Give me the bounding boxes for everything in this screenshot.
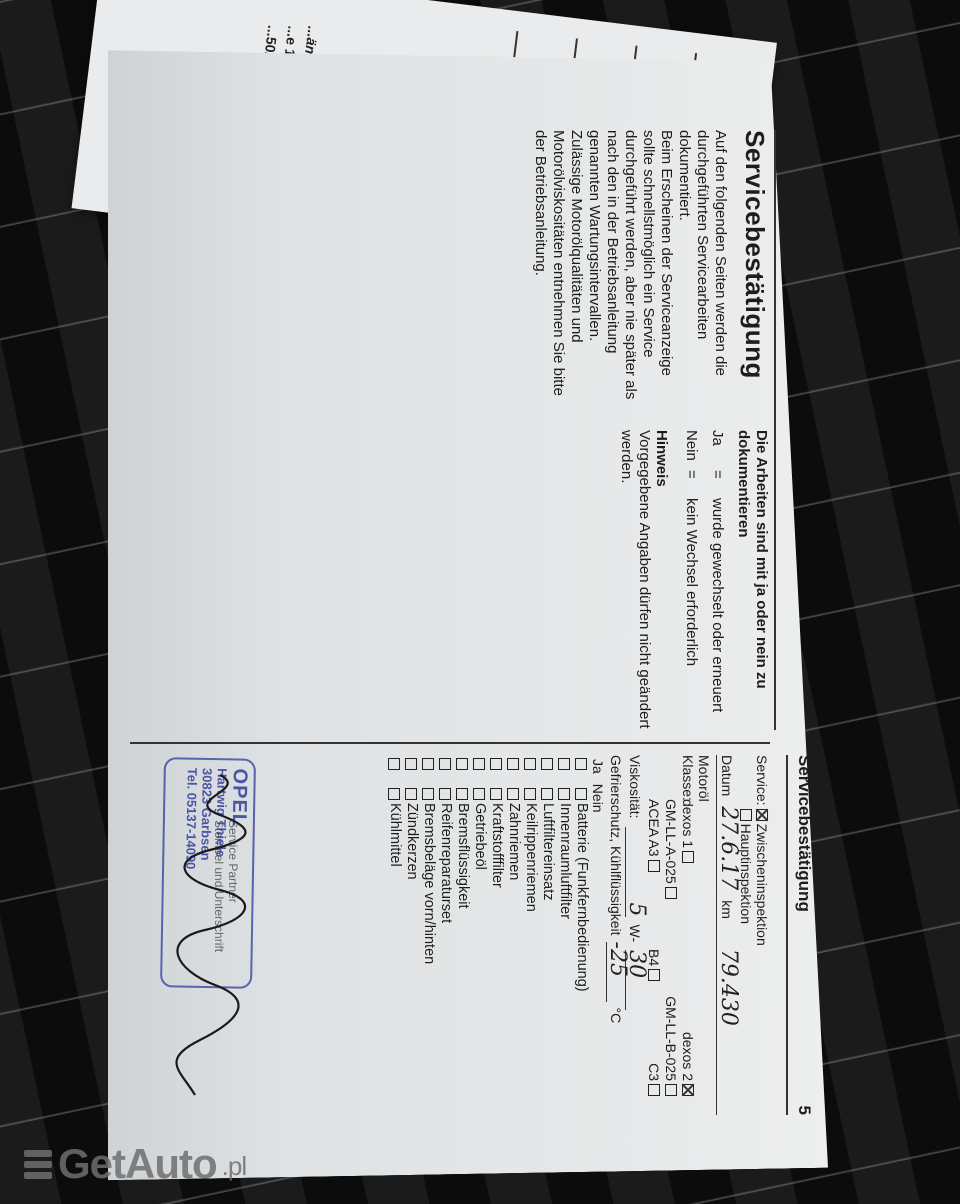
motoroel-label: Motoröl [696,755,712,1115]
checkbox-ja-icon[interactable] [559,758,571,770]
checklist-label: Zündkerzen [403,803,420,880]
instructions-column: Die Arbeiten sind mit ja oder nein zu do… [617,430,770,730]
checklist-row: Kraftstofffilter [488,755,505,1115]
getauto-logo-icon [24,1150,52,1179]
checkbox-icon[interactable] [648,860,660,872]
definition-eq: = [708,470,726,498]
definition-eq: = [682,470,700,498]
gefrierschutz-unit: °C [608,1008,624,1024]
checkbox-icon[interactable] [648,1084,660,1096]
hint-text: Vorgegebene Angaben dürfen nicht geänder… [617,430,653,730]
checklist-row: Getriebeöl [471,755,488,1115]
checklist-row: Zündkerzen [403,755,420,1115]
checklist-row: Reifenreparaturset [437,755,454,1115]
ja-nein-boxes [525,755,537,803]
datum-label: Datum [719,755,735,796]
checkbox-ja-icon[interactable] [542,758,554,770]
ja-label: Ja [590,759,606,774]
getauto-watermark: GetAuto .pl [24,1140,246,1188]
ja-nein-boxes [474,755,486,803]
checkbox-nein-icon[interactable] [525,788,537,800]
checkbox-icon[interactable] [665,887,677,899]
ja-nein-boxes [576,755,588,803]
oil-class-acea-a3[interactable]: ACEA A3 [646,799,662,949]
service-option-zwischeninspektion[interactable]: Zwischeninspektion [754,806,770,946]
checkbox-icon[interactable] [648,969,660,981]
service-label: Service: [738,755,770,806]
nein-label: Nein [590,784,606,813]
checkbox-ja-icon[interactable] [406,758,418,770]
checkbox-nein-icon[interactable] [423,788,435,800]
option-label: C3 [646,1063,662,1081]
instructions-heading: Die Arbeiten sind mit ja oder nein zu do… [734,430,770,730]
checkbox-nein-icon[interactable] [559,788,571,800]
option-label: ACEA A3 [646,799,662,857]
checkbox-ja-icon[interactable] [525,758,537,770]
checklist-label: Getriebeöl [471,803,488,870]
ja-nein-boxes [508,755,520,803]
watermark-suffix: .pl [222,1151,246,1182]
ja-nein-header: Ja Nein [590,759,606,1115]
checkbox-ja-icon[interactable] [440,758,452,770]
ja-nein-boxes [559,755,571,803]
option-label: dexos 2 [680,1032,696,1081]
klasse-label: Klasse: [680,755,696,799]
intro-paragraph: Beim Erscheinen der Serviceanzeige sollt… [585,130,675,410]
page-content: Servicebestätigung Auf den folgenden Sei… [50,130,770,1130]
checklist-row: Kühlmittel [386,755,403,1115]
oil-class-c3[interactable]: C3 [646,1063,662,1099]
page-title: Servicebestätigung [739,130,770,410]
top-rule [775,130,777,730]
ja-nein-boxes [423,755,435,803]
ja-nein-boxes [542,755,554,803]
gefrierschutz-field: Gefrierschutz, Kühlflüssigkeit -25 °C [606,755,625,1115]
km-label: km [719,900,735,919]
definition-key: Nein [682,430,700,470]
checkbox-ja-icon[interactable] [389,758,401,770]
viskositaet-field: Viskosität: 5 W- 30 [625,755,644,1115]
page-number: 5 [794,1106,814,1115]
checkbox-nein-icon[interactable] [474,788,486,800]
checkbox-nein-icon[interactable] [457,788,469,800]
checkbox-nein-icon[interactable] [576,788,588,800]
datum-field: Datum 27.6.17 km 79.430 [716,755,736,1115]
signature [170,770,250,1100]
checklist-label: Kraftstofffilter [488,803,505,888]
km-value[interactable]: 79.430 [720,949,736,1026]
checklist-label: Zahnriemen [505,803,522,880]
gefrierschutz-label: Gefrierschutz, Kühlflüssigkeit [608,755,624,936]
checkbox-ja-icon[interactable] [576,758,588,770]
viskositaet-value[interactable]: 5 [625,827,644,917]
checklist-label: Innenraumluftfilter [556,803,573,919]
checkbox-icon[interactable] [665,1084,677,1096]
checklist-label: Reifenreparaturset [437,803,454,923]
checklist-row: Zahnriemen [505,755,522,1115]
checkbox-nein-icon[interactable] [406,788,418,800]
checklist-label: Luftfiltereinsatz [539,803,556,901]
hint-title: Hinweis [653,430,670,730]
form-header: Servicebestätigung 5 [794,755,814,1115]
checkbox-nein-icon[interactable] [542,788,554,800]
ja-nein-boxes [491,755,503,803]
intro-column: Servicebestätigung Auf den folgenden Sei… [531,130,770,410]
checkbox-checked-icon[interactable] [756,809,768,821]
checkbox-nein-icon[interactable] [440,788,452,800]
column-divider [130,742,770,744]
checkbox-ja-icon[interactable] [474,758,486,770]
ja-nein-boxes [457,755,469,803]
checklist-label: Keilrippenriemen [522,803,539,912]
header-rule [787,755,789,1115]
checkbox-icon[interactable] [682,851,694,863]
intro-paragraph: Auf den folgenden Seiten werden die durc… [675,130,729,410]
oil-class-grid: Klasse: dexos 1 dexos 2 GM-LL-A-025 GM-L… [646,755,696,1115]
watermark-text: GetAuto [58,1140,217,1188]
oil-class-gm-ll-a-025[interactable]: GM-LL-A-025 [663,799,679,949]
checklist-row: Batterie (Funkfernbedienung) [573,755,590,1115]
checkbox-ja-icon[interactable] [457,758,469,770]
oil-class-dexos1[interactable]: dexos 1 [680,799,696,949]
option-label: Zwischeninspektion [754,824,770,946]
definition-ja: Ja = wurde gewechselt oder erneuert [708,430,726,730]
checklist-row: Luftfiltereinsatz [539,755,556,1115]
checklist-row: Bremsbeläge vorn/hinten [420,755,437,1115]
service-type-field: Service: Zwischeninspektion Hauptinspekt… [738,755,770,1115]
definition-value: kein Wechsel erforderlich [682,498,700,730]
checklist-row: Bremsflüssigkeit [454,755,471,1115]
checkbox-nein-icon[interactable] [389,788,401,800]
checkbox-nein-icon[interactable] [491,788,503,800]
checkbox-ja-icon[interactable] [508,758,520,770]
oil-class-gm-ll-b-025[interactable]: GM-LL-B-025 [663,949,679,1099]
checkbox-icon[interactable] [740,809,752,821]
checklist-label: Bremsflüssigkeit [454,803,471,909]
checkbox-nein-icon[interactable] [508,788,520,800]
viskositaet-label: Viskosität: [627,755,643,819]
ja-nein-boxes [406,755,418,803]
oil-class-dexos2[interactable]: dexos 2 [680,949,696,1099]
ja-nein-boxes [440,755,452,803]
checkbox-ja-icon[interactable] [491,758,503,770]
option-label: GM-LL-A-025 [663,799,679,884]
form-header-title: Servicebestätigung [794,755,814,912]
checklist-row: Keilrippenriemen [522,755,539,1115]
service-checklist: Batterie (Funkfernbedienung)Innenraumluf… [386,755,590,1115]
checklist-label: Bremsbeläge vorn/hinten [420,803,437,964]
viskositaet-w: W- [627,925,643,943]
option-label: GM-LL-B-025 [663,996,679,1081]
checkbox-ja-icon[interactable] [423,758,435,770]
checklist-label: Kühlmittel [386,803,403,867]
checklist-label: Batterie (Funkfernbedienung) [573,803,590,992]
option-label: dexos 1 [680,799,696,848]
definition-key: Ja [708,430,726,470]
definition-nein: Nein = kein Wechsel erforderlich [682,430,700,730]
service-form: Servicebestätigung 5 Service: Zwischenin… [386,755,770,1115]
ja-nein-boxes [389,755,401,803]
intro-paragraph: Zulässige Motorölqualitäten und Motorölv… [531,130,585,410]
checklist-row: Innenraumluftfilter [556,755,573,1115]
gefrierschutz-value[interactable]: -25 [606,942,625,1002]
checkbox-checked-icon[interactable] [682,1084,694,1096]
definition-value: wurde gewechselt oder erneuert [708,498,726,730]
datum-value[interactable]: 27.6.17 [720,806,736,890]
